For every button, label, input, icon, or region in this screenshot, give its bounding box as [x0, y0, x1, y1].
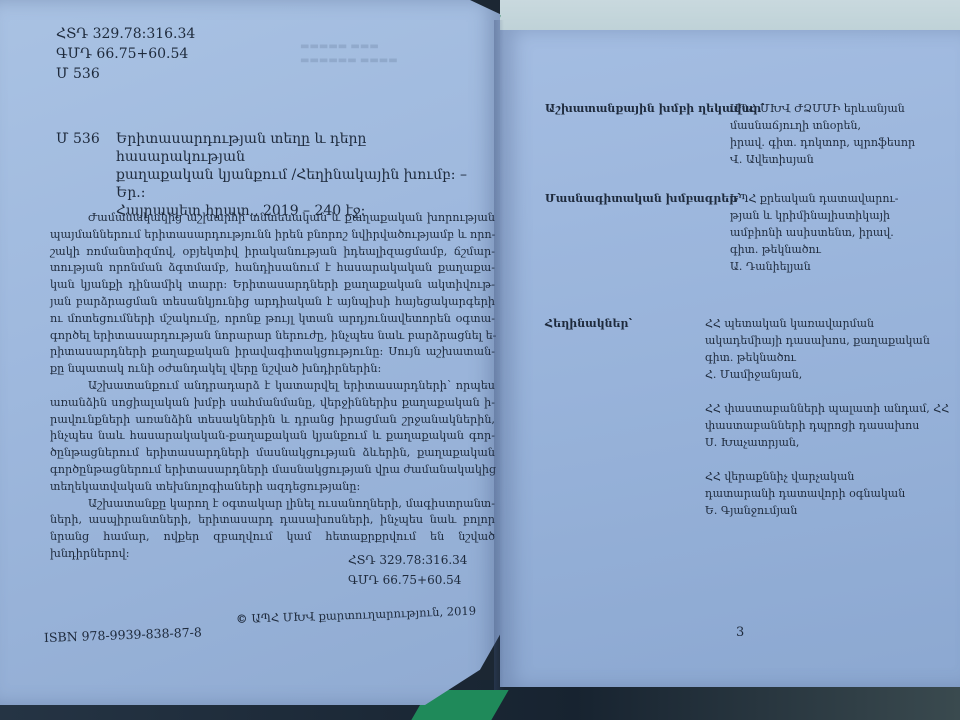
spacer	[705, 451, 949, 468]
classification-block: ՀՏԴ 329.78:316.34 ԳՄԴ 66.75+60.54 Մ 536	[56, 24, 195, 84]
left-page: ▬▬▬▬▬ ▬▬▬▬▬▬▬▬▬ ▬▬▬▬ ՀՏԴ 329.78:316.34 Գ…	[0, 0, 500, 705]
abstract-line: ինչպես նաև հասարակական-քաղաքական կյանքու…	[50, 428, 495, 445]
credit-label: Հեղինակներ՝	[545, 315, 632, 332]
abstract-line: րավունքների առանձին տեսակներին և դրանց ի…	[50, 412, 495, 429]
abstract-line: Աշխատանքում անդրադարձ է կատարվել երիտասա…	[50, 378, 495, 395]
abstract-line: կան կյանքի դինամիկ տարր: Երիտասարդների ք…	[50, 277, 495, 294]
abstract: Ժամանակակից աշխարհի տնտեսական և քաղաքակա…	[50, 210, 495, 563]
credit-line: ամբիոնի ասիստենտ, իրավ.	[730, 224, 899, 241]
credit-line: ԵՊՀ քրեական դատավարու-	[730, 190, 899, 207]
abstract-line: քը նպատակ ունի օժանդակել վերը նշված խնդի…	[50, 361, 495, 378]
credit-line: Ս. Խաչատրյան,	[705, 434, 949, 451]
copyright-text: ԱՊՀ ՄԽՎ քարտուղարություն, 2019	[251, 604, 476, 626]
credit-line: թյան և կրիմինալիստիկայի	[730, 207, 899, 224]
hst-code: ՀՏԴ 329.78:316.34	[56, 24, 195, 44]
credit-line: ԱՊՀ ՄԽՎ ԺՁՄՄԻ երևանյան	[730, 100, 915, 117]
credit-value: ԱՊՀ ՄԽՎ ԺՁՄՄԻ երևանյան մասնաճյուղի տնօրե…	[730, 100, 915, 168]
credit-line: իրավ. գիտ. դոկտոր, պրոֆեսոր	[730, 134, 915, 151]
spacer	[705, 383, 949, 400]
catalog-entry: Մ 536 Երիտասարդության տեղը և դերը հասարա…	[56, 130, 476, 220]
credit-line: Ե. Գյանջումյան	[705, 502, 949, 519]
credit-line: Վ. Ավետիսյան	[730, 151, 915, 168]
credit-value: ՀՀ պետական կառավարման ակադեմիայի դասախոս…	[705, 315, 949, 519]
abstract-line: տեղեկատվական տեխնոլոգիաների ազդեցությանը…	[50, 479, 495, 496]
abstract-line: Ժամանակակից աշխարհի տնտեսական և քաղաքակա…	[50, 210, 495, 227]
copyright-notice: ©ԱՊՀ ՄԽՎ քարտուղարություն, 2019	[236, 604, 477, 626]
abstract-line: ծընթացներում երիտասարդների մասնակցության…	[50, 445, 495, 462]
entry-title-line: Երիտասարդության տեղը և դերը հասարակությա…	[116, 130, 476, 166]
abstract-line: գործընթացներում երիտասարդների մասնակցութ…	[50, 462, 495, 479]
abstract-line: նրանց համար, ովքեր զբաղվում կամ հետաքրքր…	[50, 529, 495, 546]
isbn: ISBN 978-9939-838-87-8	[44, 624, 202, 645]
abstract-line: րիտասարդների քաղաքական իրավագիտակցությու…	[50, 344, 495, 361]
credit-value: ԵՊՀ քրեական դատավարու- թյան և կրիմինալիս…	[730, 190, 899, 275]
credit-line: Ա. Դանիելյան	[730, 258, 899, 275]
abstract-line: պայմաններում երիտասարդությունն իրեն բնոր…	[50, 227, 495, 244]
entry-title-line: քաղաքական կյանքում /Հեղինակային խումբ: –…	[116, 166, 476, 202]
abstract-line: Աշխատանքը կարող է օգտակար լինել ուսանողն…	[50, 496, 495, 513]
gmd-code: ԳՄԴ 66.75+60.54	[348, 570, 467, 590]
credit-line: գիտ. թեկնածու	[730, 241, 899, 258]
classification-block-bottom: ՀՏԴ 329.78:316.34 ԳՄԴ 66.75+60.54	[348, 550, 467, 590]
book-gutter	[494, 20, 504, 690]
abstract-line: առանձին սոցիալական խմբի սահմանմանը, վերջ…	[50, 395, 495, 412]
credit-label: Մասնագիտական խմբագրեր՝	[545, 190, 741, 207]
abstract-line: ու մոտեցումների մշակումը, որոնք թույլ կտ…	[50, 311, 495, 328]
abstract-line: յան բարձրացման տեսանկյունից արդիական է ա…	[50, 294, 495, 311]
abstract-line: գործել երիտասարդության նորարար ներուժը, …	[50, 328, 495, 345]
right-page: Աշխատանքային խմբի ղեկավար՝ ԱՊՀ ՄԽՎ ԺՁՄՄԻ…	[500, 30, 960, 687]
entry-title: Երիտասարդության տեղը և դերը հասարակությա…	[116, 130, 476, 220]
credit-line: ՀՀ փաստաբանների պալատի անդամ, ՀՀ	[705, 400, 949, 417]
abstract-line: տության որոնման ձգտմամբ, հանդիսանում է հ…	[50, 260, 495, 277]
credit-line: Հ. Մամիջանյան,	[705, 366, 949, 383]
copyright-icon: ©	[236, 612, 248, 626]
gmd-code: ԳՄԴ 66.75+60.54	[56, 44, 195, 64]
hst-code: ՀՏԴ 329.78:316.34	[348, 550, 467, 570]
credit-line: ՀՀ պետական կառավարման	[705, 315, 949, 332]
credit-line: գիտ. թեկնածու	[705, 349, 949, 366]
credit-line: փաստաբանների դպրոցի դասախոս	[705, 417, 949, 434]
entry-code: Մ 536	[56, 130, 100, 148]
credit-line: ակադեմիայի դասախոս, քաղաքական	[705, 332, 949, 349]
author-code: Մ 536	[56, 64, 195, 84]
page-number: 3	[736, 625, 744, 640]
credit-line: ՀՀ վերաքննիչ վարչական	[705, 468, 949, 485]
credit-line: մասնաճյուղի տնօրեն,	[730, 117, 915, 134]
credit-line: դատարանի դատավորի օգնական	[705, 485, 949, 502]
abstract-line: շակի ռոմանտիզմով, օբյեկտիվ իրականության …	[50, 244, 495, 261]
abstract-line: ների, ասպիրանտների, երիտասարդ դասախոսներ…	[50, 512, 495, 529]
show-through-text: ▬▬▬▬▬ ▬▬▬▬▬▬▬▬▬ ▬▬▬▬	[300, 40, 398, 68]
